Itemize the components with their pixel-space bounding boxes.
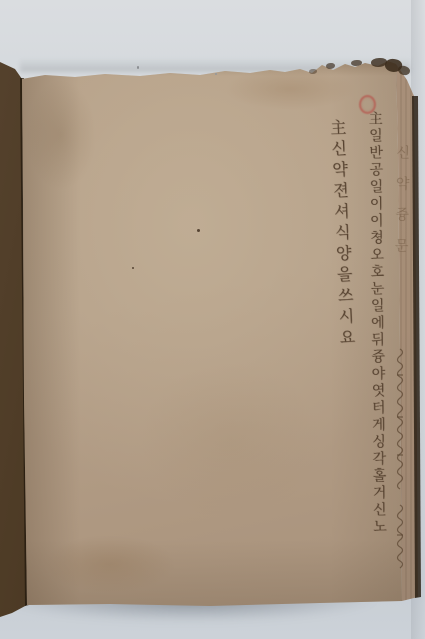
dust-speck (215, 73, 217, 75)
photo-scene: 主일반공일이이쳥오호눈일에뒤즁야엿터게싱각홀거신노 主신약젼셔식양을쓰시요 신약… (0, 0, 425, 639)
page-stain (225, 68, 355, 110)
fore-edge-handwriting: 신약즁문 (390, 145, 413, 305)
page-stain (26, 80, 96, 190)
illegible-marginalia-column (392, 345, 410, 581)
dust-speck (137, 66, 139, 69)
page-stain (140, 360, 320, 520)
page-stain (45, 535, 175, 593)
ink-speck (132, 267, 134, 269)
ink-speck (197, 229, 200, 232)
